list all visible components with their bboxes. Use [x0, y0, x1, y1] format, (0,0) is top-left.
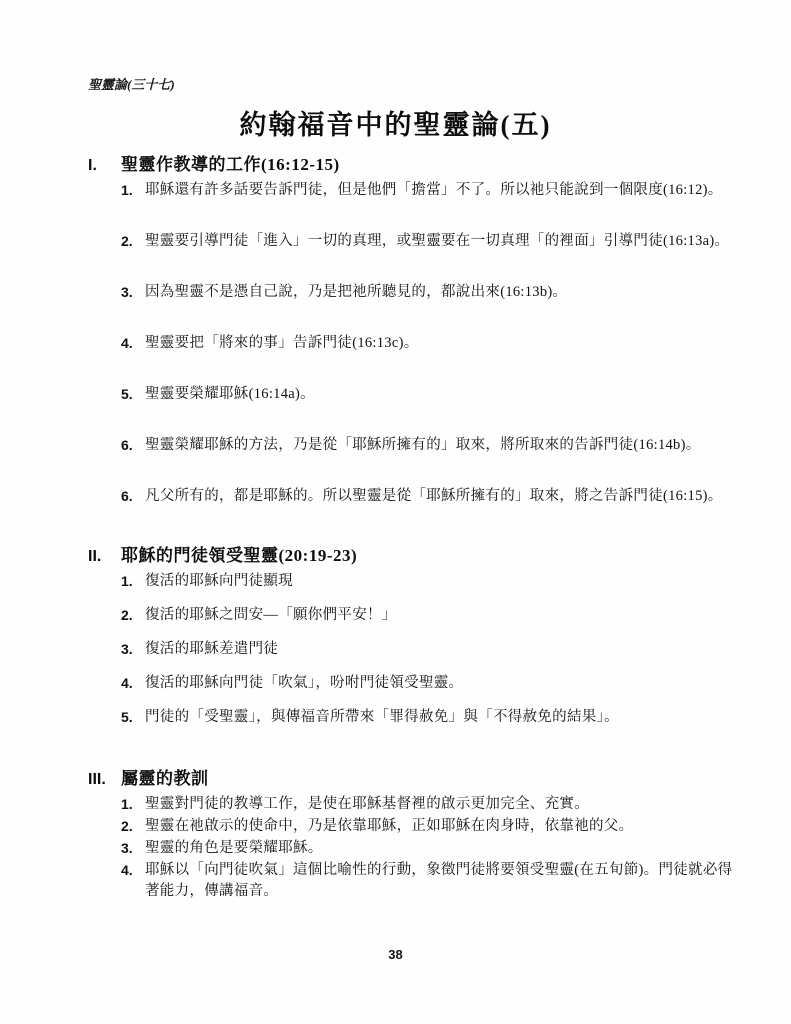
item-text: 聖靈要榮耀耶穌(16:14a)。 — [145, 384, 745, 405]
section-numeral: II. — [88, 548, 121, 566]
item-text: 聖靈在祂啟示的使命中，乃是依靠耶穌，正如耶穌在肉身時，依靠祂的父。 — [145, 816, 745, 837]
item-number: 4. — [121, 673, 145, 694]
section-title: 聖靈作教導的工作(16:12-15) — [121, 150, 340, 175]
header-note: 聖靈論(三十七) — [88, 74, 175, 93]
list-item: 5. 聖靈要榮耀耶穌(16:14a)。 — [121, 384, 745, 405]
list-item: 6. 聖靈榮耀耶穌的方法，乃是從「耶穌所擁有的」取來，將所取來的告訴門徒(16:… — [121, 435, 745, 456]
page-title: 約翰福音中的聖靈論(五) — [0, 103, 791, 142]
item-text: 耶穌以「向門徒吹氣」這個比喻性的行動，象徵門徒將要領受聖靈(在五旬節)。門徒就必… — [145, 860, 745, 902]
section-1-items: 1. 耶穌還有許多話要告訴門徒，但是他們「擔當」不了。所以祂只能說到一個限度(1… — [121, 180, 745, 507]
item-text: 聖靈的角色是要榮耀耶穌。 — [145, 838, 745, 859]
list-item: 2. 聖靈在祂啟示的使命中，乃是依靠耶穌，正如耶穌在肉身時，依靠祂的父。 — [121, 816, 745, 837]
item-text: 復活的耶穌之問安—「願你們平安！」 — [145, 605, 745, 626]
item-text: 聖靈要把「將來的事」告訴門徒(16:13c)。 — [145, 333, 745, 354]
list-item: 3. 聖靈的角色是要榮耀耶穌。 — [121, 838, 745, 859]
item-text: 耶穌還有許多話要告訴門徒，但是他們「擔當」不了。所以祂只能說到一個限度(16:1… — [145, 180, 745, 201]
section-2: II. 耶穌的門徒領受聖靈(20:19-23) 1. 復活的耶穌向門徒顯現 2.… — [88, 541, 745, 728]
section-3-heading: III. 屬靈的教訓 — [88, 764, 745, 789]
section-3: III. 屬靈的教訓 1. 聖靈對門徒的教導工作，是使在耶穌基督裡的啟示更加完全… — [88, 764, 745, 902]
item-text: 聖靈要引導門徒「進入」一切的真理，或聖靈要在一切真理「的裡面」引導門徒(16:1… — [145, 231, 745, 252]
section-numeral: III. — [88, 771, 121, 789]
section-numeral: I. — [88, 157, 121, 175]
item-number: 1. — [121, 794, 145, 815]
list-item: 6. 凡父所有的，都是耶穌的。所以聖靈是從「耶穌所擁有的」取來，將之告訴門徒(1… — [121, 486, 745, 507]
list-item: 5. 門徒的「受聖靈」，與傳福音所帶來「罪得赦免」與「不得赦免的結果」。 — [121, 707, 745, 728]
item-number: 6. — [121, 435, 145, 456]
item-text: 聖靈對門徒的教導工作，是使在耶穌基督裡的啟示更加完全、充實。 — [145, 794, 745, 815]
section-2-items: 1. 復活的耶穌向門徒顯現 2. 復活的耶穌之問安—「願你們平安！」 3. 復活… — [121, 571, 745, 728]
list-item: 1. 聖靈對門徒的教導工作，是使在耶穌基督裡的啟示更加完全、充實。 — [121, 794, 745, 815]
section-1: I. 聖靈作教導的工作(16:12-15) 1. 耶穌還有許多話要告訴門徒，但是… — [88, 150, 745, 507]
item-text: 門徒的「受聖靈」，與傳福音所帶來「罪得赦免」與「不得赦免的結果」。 — [145, 707, 745, 728]
item-text: 凡父所有的，都是耶穌的。所以聖靈是從「耶穌所擁有的」取來，將之告訴門徒(16:1… — [145, 486, 745, 507]
item-number: 2. — [121, 605, 145, 626]
item-text: 復活的耶穌向門徒顯現 — [145, 571, 745, 592]
section-title: 耶穌的門徒領受聖靈(20:19-23) — [121, 541, 357, 566]
item-text: 因為聖靈不是憑自己說，乃是把祂所聽見的，都說出來(16:13b)。 — [145, 282, 745, 303]
item-number: 6. — [121, 486, 145, 507]
section-2-heading: II. 耶穌的門徒領受聖靈(20:19-23) — [88, 541, 745, 566]
item-number: 4. — [121, 860, 145, 881]
list-item: 3. 因為聖靈不是憑自己說，乃是把祂所聽見的，都說出來(16:13b)。 — [121, 282, 745, 303]
document-body: I. 聖靈作教導的工作(16:12-15) 1. 耶穌還有許多話要告訴門徒，但是… — [88, 150, 745, 903]
section-3-items: 1. 聖靈對門徒的教導工作，是使在耶穌基督裡的啟示更加完全、充實。 2. 聖靈在… — [121, 794, 745, 902]
item-number: 2. — [121, 231, 145, 252]
document-page: 聖靈論(三十七) 約翰福音中的聖靈論(五) I. 聖靈作教導的工作(16:12-… — [0, 0, 791, 1024]
item-text: 復活的耶穌向門徒「吹氣」，吩咐門徒領受聖靈。 — [145, 673, 745, 694]
list-item: 2. 聖靈要引導門徒「進入」一切的真理，或聖靈要在一切真理「的裡面」引導門徒(1… — [121, 231, 745, 252]
item-text: 復活的耶穌差遣門徒 — [145, 639, 745, 660]
section-1-heading: I. 聖靈作教導的工作(16:12-15) — [88, 150, 745, 175]
item-number: 2. — [121, 816, 145, 837]
page-number: 38 — [0, 947, 791, 962]
section-title: 屬靈的教訓 — [121, 764, 209, 789]
item-number: 3. — [121, 282, 145, 303]
list-item: 4. 復活的耶穌向門徒「吹氣」，吩咐門徒領受聖靈。 — [121, 673, 745, 694]
list-item: 1. 復活的耶穌向門徒顯現 — [121, 571, 745, 592]
list-item: 4. 耶穌以「向門徒吹氣」這個比喻性的行動，象徵門徒將要領受聖靈(在五旬節)。門… — [121, 860, 745, 902]
item-number: 3. — [121, 838, 145, 859]
item-number: 5. — [121, 707, 145, 728]
list-item: 4. 聖靈要把「將來的事」告訴門徒(16:13c)。 — [121, 333, 745, 354]
item-text: 聖靈榮耀耶穌的方法，乃是從「耶穌所擁有的」取來，將所取來的告訴門徒(16:14b… — [145, 435, 745, 456]
item-number: 3. — [121, 639, 145, 660]
item-number: 5. — [121, 384, 145, 405]
list-item: 3. 復活的耶穌差遣門徒 — [121, 639, 745, 660]
item-number: 1. — [121, 571, 145, 592]
list-item: 1. 耶穌還有許多話要告訴門徒，但是他們「擔當」不了。所以祂只能說到一個限度(1… — [121, 180, 745, 201]
list-item: 2. 復活的耶穌之問安—「願你們平安！」 — [121, 605, 745, 626]
item-number: 1. — [121, 180, 145, 201]
item-number: 4. — [121, 333, 145, 354]
